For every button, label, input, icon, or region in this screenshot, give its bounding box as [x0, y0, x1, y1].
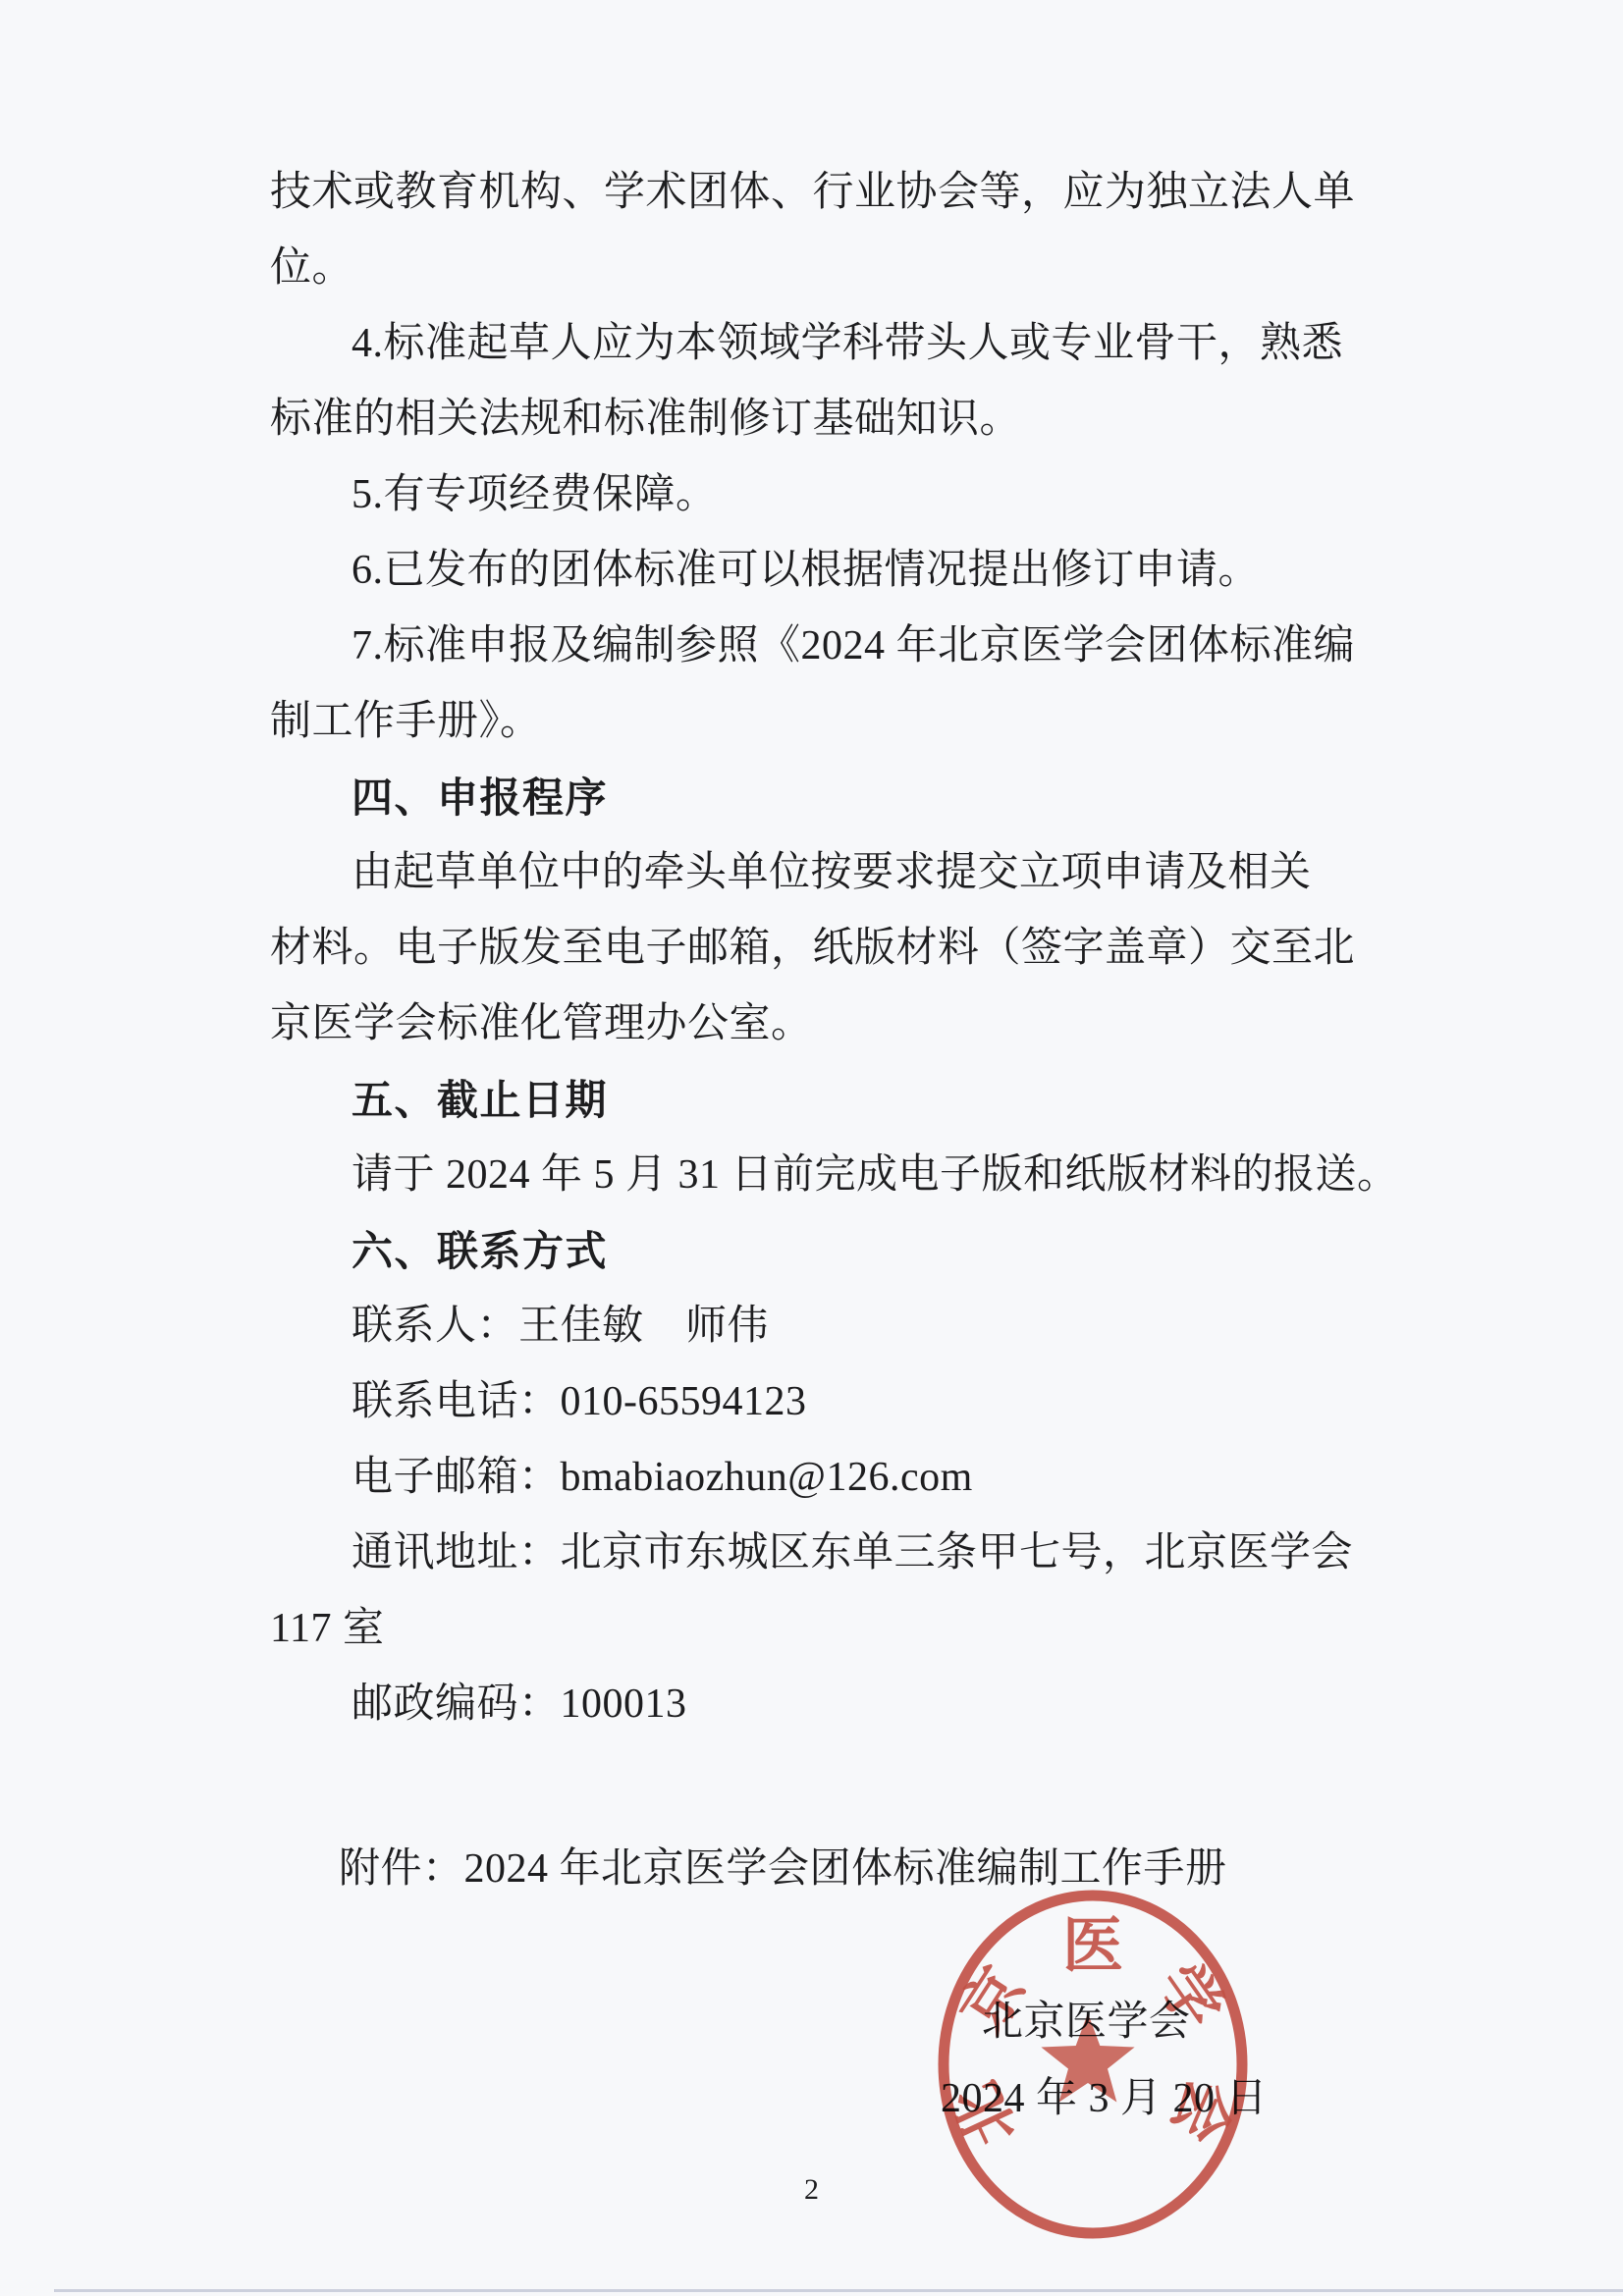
document-line: 电子邮箱：bmabiaozhun@126.com — [352, 1440, 973, 1516]
document-line: 标准的相关法规和标准制修订基础知识。 — [270, 382, 1021, 457]
page-number: 2 — [0, 2167, 1623, 2213]
document-line: 联系电话：010-65594123 — [352, 1364, 807, 1440]
document-line: 6.已发布的团体标准可以根据情况提出修订申请。 — [352, 533, 1260, 609]
document-line: 通讯地址：北京市东城区东单三条甲七号，北京医学会 — [352, 1516, 1353, 1591]
section-heading: 五、截止日期 — [352, 1062, 608, 1138]
document-line: 制工作手册》。 — [270, 684, 542, 760]
seal-character: 医 — [1062, 1913, 1123, 1980]
document-line: 京医学会标准化管理办公室。 — [270, 987, 813, 1062]
attachment-line: 附件：2024 年北京医学会团体标准编制工作手册 — [339, 1832, 1227, 1907]
document-line: 材料。电子版发至电子邮箱，纸版材料（签字盖章）交至北 — [270, 911, 1355, 987]
scan-edge-line — [54, 2289, 1623, 2292]
document-line: 技术或教育机构、学术团体、行业协会等，应为独立法人单 — [270, 155, 1355, 231]
document-line: 请于 2024 年 5 月 31 日前完成电子版和纸版材料的报送。 — [352, 1138, 1399, 1213]
document-line: 联系人：王佳敏 师伟 — [352, 1289, 769, 1364]
document-line: 4.标准起草人应为本领域学科带头人或专业骨干，熟悉 — [352, 306, 1343, 382]
document-line: 邮政编码：100013 — [352, 1667, 687, 1742]
section-heading: 四、申报程序 — [352, 760, 608, 835]
section-heading: 六、联系方式 — [352, 1213, 608, 1289]
document-line: 117 室 — [270, 1591, 384, 1667]
document-line: 位。 — [270, 231, 353, 306]
scanned-document-page: 技术或教育机构、学术团体、行业协会等，应为独立法人单位。4.标准起草人应为本领域… — [0, 0, 1623, 2296]
issue-date: 2024 年 3 月 20 日 — [941, 2061, 1268, 2137]
document-line: 5.有专项经费保障。 — [352, 457, 718, 533]
issuer-signature: 北京医学会 — [982, 1985, 1191, 2060]
document-line: 由起草单位中的牵头单位按要求提交立项申请及相关 — [352, 835, 1312, 911]
document-line: 7.标准申报及编制参照《2024 年北京医学会团体标准编 — [352, 609, 1355, 684]
